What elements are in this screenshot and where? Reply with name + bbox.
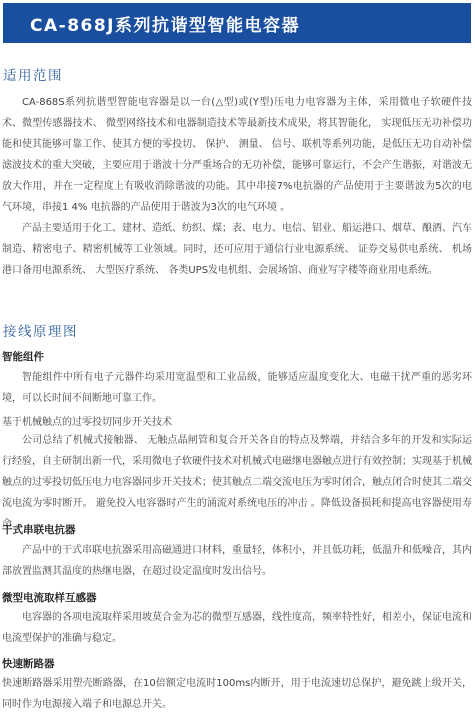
subtitle-current-transformer: 微型电流取样互感器 xyxy=(2,590,97,605)
zero-switching-heading: 基于机械触点的过零投切同步开关技术 xyxy=(2,413,172,428)
section-title-scope: 适用范围 xyxy=(3,64,63,84)
zero-switching-paragraph: 公司总结了机械式接触器、 无触点晶闸管和复合开关各自的特点及弊端，并结合多年的开… xyxy=(2,430,472,535)
section-title-wiring: 接线原理图 xyxy=(3,320,78,340)
smart-module-paragraph: 智能组件中所有电子元器件均采用宽温型和工业品级，能够适应温度变化大、电磁干扰严重… xyxy=(2,367,472,409)
subtitle-dry-reactor: 干式串联电抗器 xyxy=(2,522,76,537)
current-transformer-paragraph: 电容器的各项电流取样采用坡莫合金为芯的微型互感器，线性度高，频率特性好，相差小，… xyxy=(2,607,472,649)
page-title: CA-868J系列抗谐型智能电容器 xyxy=(30,11,300,36)
subtitle-smart-module: 智能组件 xyxy=(2,349,44,364)
scope-paragraph-1: CA-868S系列抗谐型智能电容器是以一台(△型)或(Y型)压电力电容器为主体，… xyxy=(2,92,472,218)
scope-paragraph-2: 产品主要适用于化工、建材、造纸、纺织、煤；表、电力、电信、铝业、船运港口、烟草、… xyxy=(2,218,472,281)
subtitle-fast-breaker: 快速断路器 xyxy=(2,656,55,671)
fast-breaker-paragraph: 快速断路器采用塑壳断路器，在10倍额定电流时100ms内断开，用于电流速切总保护… xyxy=(2,673,472,715)
title-banner: CA-868J系列抗谐型智能电容器 xyxy=(3,3,471,43)
dry-reactor-paragraph: 产品中的干式串联电抗器采用高磁通进口材料，重量轻，体积小，并且低功耗，低温升和低… xyxy=(2,540,472,582)
